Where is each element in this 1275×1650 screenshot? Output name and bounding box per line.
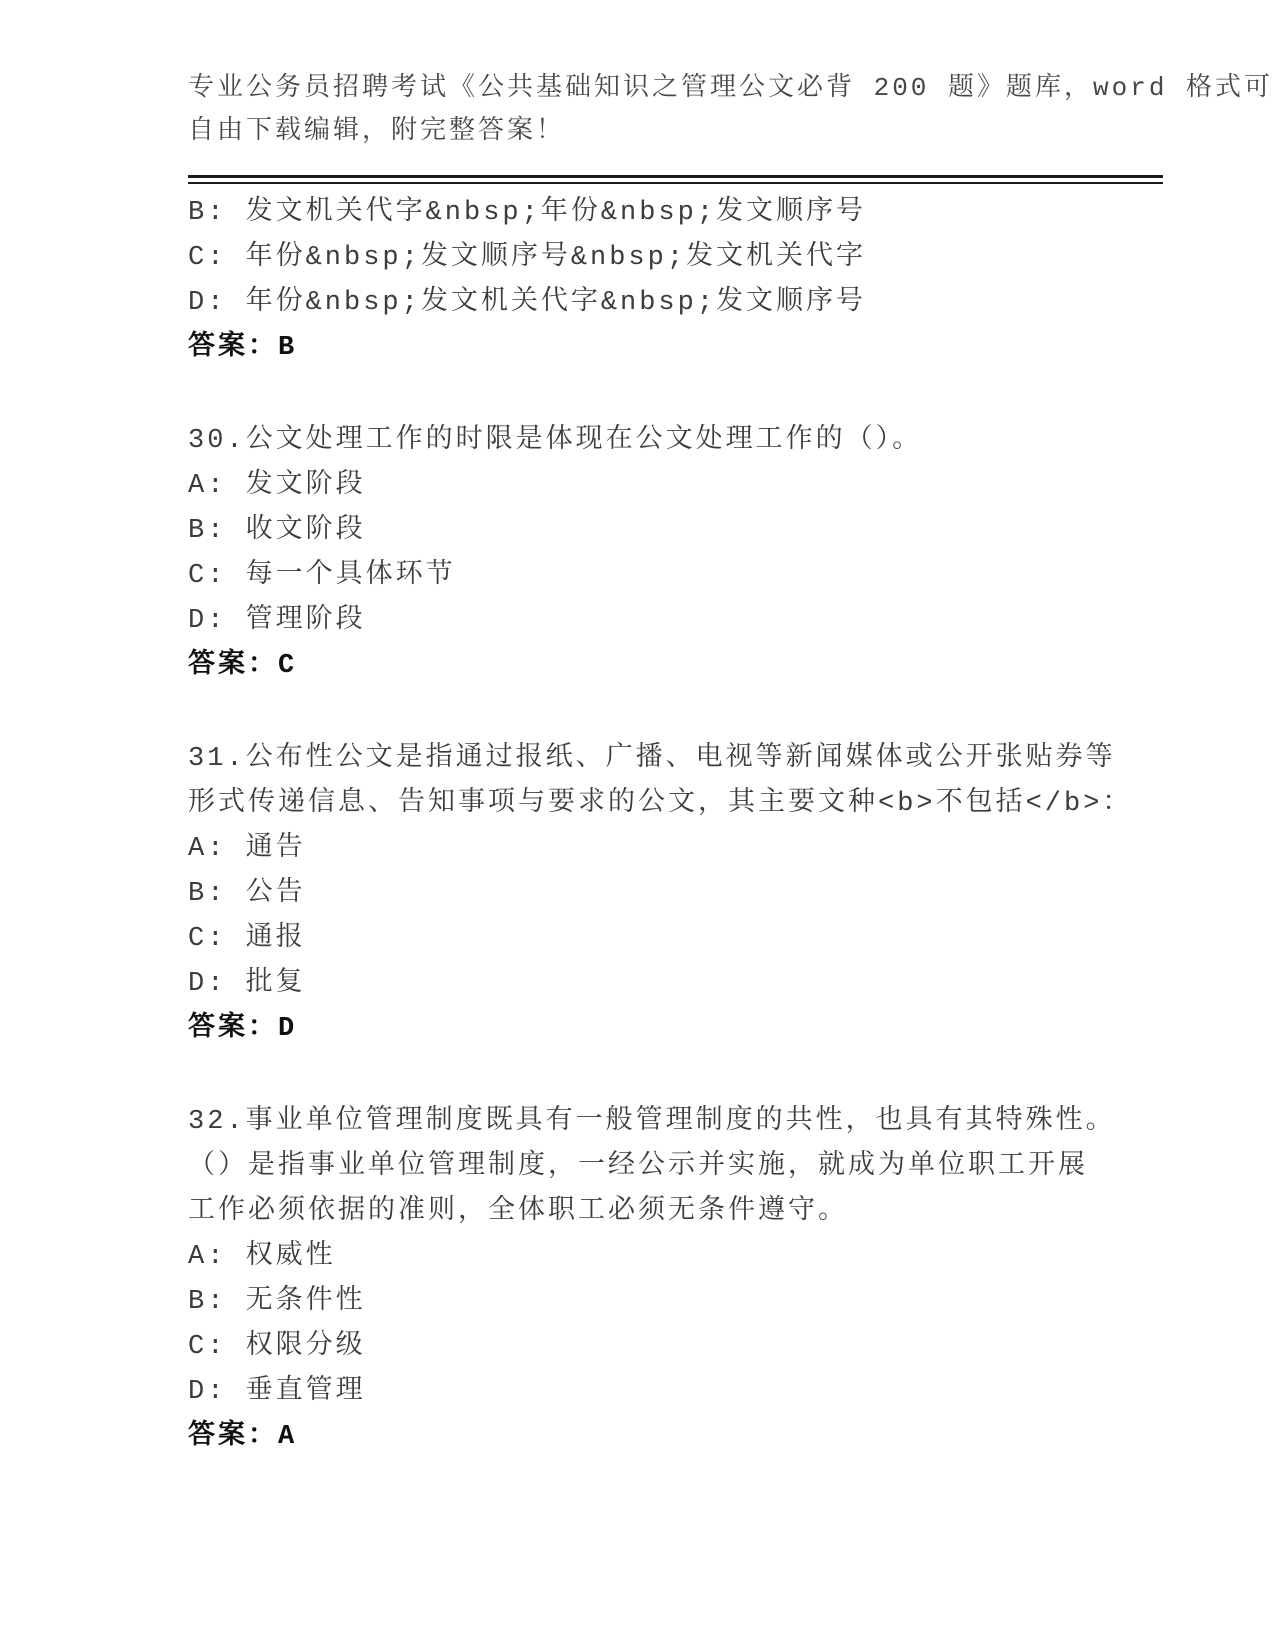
option-line-a: A: 发文阶段: [188, 464, 1163, 509]
answer-line: 答案：C: [188, 644, 1163, 689]
question-block-31: 31.公布性公文是指通过报纸、广播、电视等新闻媒体或公开张贴券等 形式传递信息、…: [188, 737, 1163, 1052]
question-stem-line-3: 工作必须依据的准则，全体职工必须无条件遵守。: [188, 1190, 1163, 1235]
option-line-c: C: 通报: [188, 917, 1163, 962]
option-line-d: D: 批复: [188, 962, 1163, 1007]
question-block-30: 30.公文处理工作的时限是体现在公文处理工作的（）。 A: 发文阶段 B: 收文…: [188, 419, 1163, 689]
document-page: 专业公务员招聘考试《公共基础知识之管理公文必背 200 题》题库，word 格式…: [0, 0, 1275, 1650]
answer-line: 答案：D: [188, 1007, 1163, 1052]
option-line-b: B: 无条件性: [188, 1280, 1163, 1325]
header-divider: [188, 175, 1163, 184]
option-line-b: B: 收文阶段: [188, 509, 1163, 554]
option-line-d: D: 年份&nbsp;发文机关代字&nbsp;发文顺序号: [188, 281, 1163, 326]
option-line-c: C: 权限分级: [188, 1325, 1163, 1370]
option-line-b: B: 公告: [188, 872, 1163, 917]
question-stem-line-2: 形式传递信息、告知事项与要求的公文，其主要文种<b>不包括</b>：: [188, 782, 1163, 827]
document-header: 专业公务员招聘考试《公共基础知识之管理公文必背 200 题》题库，word 格式…: [188, 67, 1163, 153]
question-stem-line-2: （）是指事业单位管理制度，一经公示并实施，就成为单位职工开展: [188, 1145, 1163, 1190]
question-stem-line-1: 32.事业单位管理制度既具有一般管理制度的共性，也具有其特殊性。: [188, 1100, 1163, 1145]
question-block-29: B: 发文机关代字&nbsp;年份&nbsp;发文顺序号 C: 年份&nbsp;…: [188, 191, 1163, 371]
answer-line: 答案：A: [188, 1415, 1163, 1460]
option-line-b: B: 发文机关代字&nbsp;年份&nbsp;发文顺序号: [188, 191, 1163, 236]
answer-line: 答案：B: [188, 326, 1163, 371]
option-line-c: C: 年份&nbsp;发文顺序号&nbsp;发文机关代字: [188, 236, 1163, 281]
question-block-32: 32.事业单位管理制度既具有一般管理制度的共性，也具有其特殊性。 （）是指事业单…: [188, 1100, 1163, 1460]
option-line-c: C: 每一个具体环节: [188, 554, 1163, 599]
option-line-d: D: 管理阶段: [188, 599, 1163, 644]
option-line-d: D: 垂直管理: [188, 1370, 1163, 1415]
question-stem-line-1: 31.公布性公文是指通过报纸、广播、电视等新闻媒体或公开张贴券等: [188, 737, 1163, 782]
option-line-a: A: 通告: [188, 827, 1163, 872]
option-line-a: A: 权威性: [188, 1235, 1163, 1280]
header-line-1: 专业公务员招聘考试《公共基础知识之管理公文必背 200 题》题库，word 格式…: [188, 67, 1163, 110]
header-line-2: 自由下载编辑，附完整答案！: [188, 110, 1163, 153]
document-content: 专业公务员招聘考试《公共基础知识之管理公文必背 200 题》题库，word 格式…: [188, 67, 1163, 1460]
question-stem-line: 30.公文处理工作的时限是体现在公文处理工作的（）。: [188, 419, 1163, 464]
document-body: B: 发文机关代字&nbsp;年份&nbsp;发文顺序号 C: 年份&nbsp;…: [188, 191, 1163, 1460]
